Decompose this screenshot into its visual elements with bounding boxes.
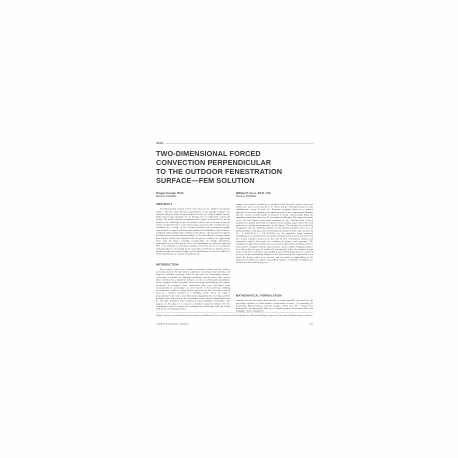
author-affiliation: Member ASHRAE	[236, 195, 313, 198]
author-block-first: Dragan Curcija, Ph.D. Member ASHRAE	[156, 192, 236, 198]
right-column-text: surface heat transfer coefficient is cor…	[236, 203, 313, 292]
paper-title-line: TWO-DIMENSIONAL FORCED	[156, 149, 313, 158]
paper-title-line: CONVECTION PERPENDICULAR	[156, 158, 313, 167]
paper-title-line: TO THE OUTDOOR FENESTRATION	[156, 167, 313, 176]
introduction-heading: INTRODUCTION	[156, 263, 230, 266]
formulation-text: Laminar forced convection heat transfer …	[236, 299, 313, 312]
footer-journal-label: ASHRAE Transactions: Symposia	[156, 323, 189, 326]
paper-title-line: SURFACE—FEM SOLUTION	[156, 176, 313, 185]
footer-page-number: 361	[309, 323, 313, 326]
paper-header: 3622	[156, 141, 313, 145]
document-canvas: 3622 TWO-DIMENSIONAL FORCED CONVECTION P…	[0, 0, 458, 458]
scanned-paper-page: 3622 TWO-DIMENSIONAL FORCED CONVECTION P…	[156, 129, 313, 325]
body-columns: ABSTRACT Two-dimensional laminar forced …	[156, 203, 313, 313]
author-footnote: Dragan Curcija is a postdoctoral researc…	[156, 313, 313, 317]
right-column: surface heat transfer coefficient is cor…	[236, 203, 313, 313]
author-affiliation: Member ASHRAE	[156, 195, 236, 198]
author-block-second: William P. Goss, Ph.D., P.E. Member ASHR…	[236, 192, 313, 198]
header-dotted-rule	[166, 143, 313, 144]
paper-title: TWO-DIMENSIONAL FORCED CONVECTION PERPEN…	[156, 149, 313, 185]
abstract-heading: ABSTRACT	[156, 203, 230, 206]
left-column: ABSTRACT Two-dimensional laminar forced …	[156, 203, 230, 313]
paper-number: 3622	[156, 141, 164, 145]
formulation-heading: MATHEMATICAL FORMULATION	[236, 294, 313, 297]
authors-row: Dragan Curcija, Ph.D. Member ASHRAE Will…	[156, 192, 313, 198]
abstract-text: Two-dimensional laminar forced convectio…	[156, 208, 230, 261]
page-footer: ASHRAE Transactions: Symposia 361	[156, 323, 313, 326]
introduction-text: Heat transfer between the outside fenest…	[156, 268, 230, 310]
